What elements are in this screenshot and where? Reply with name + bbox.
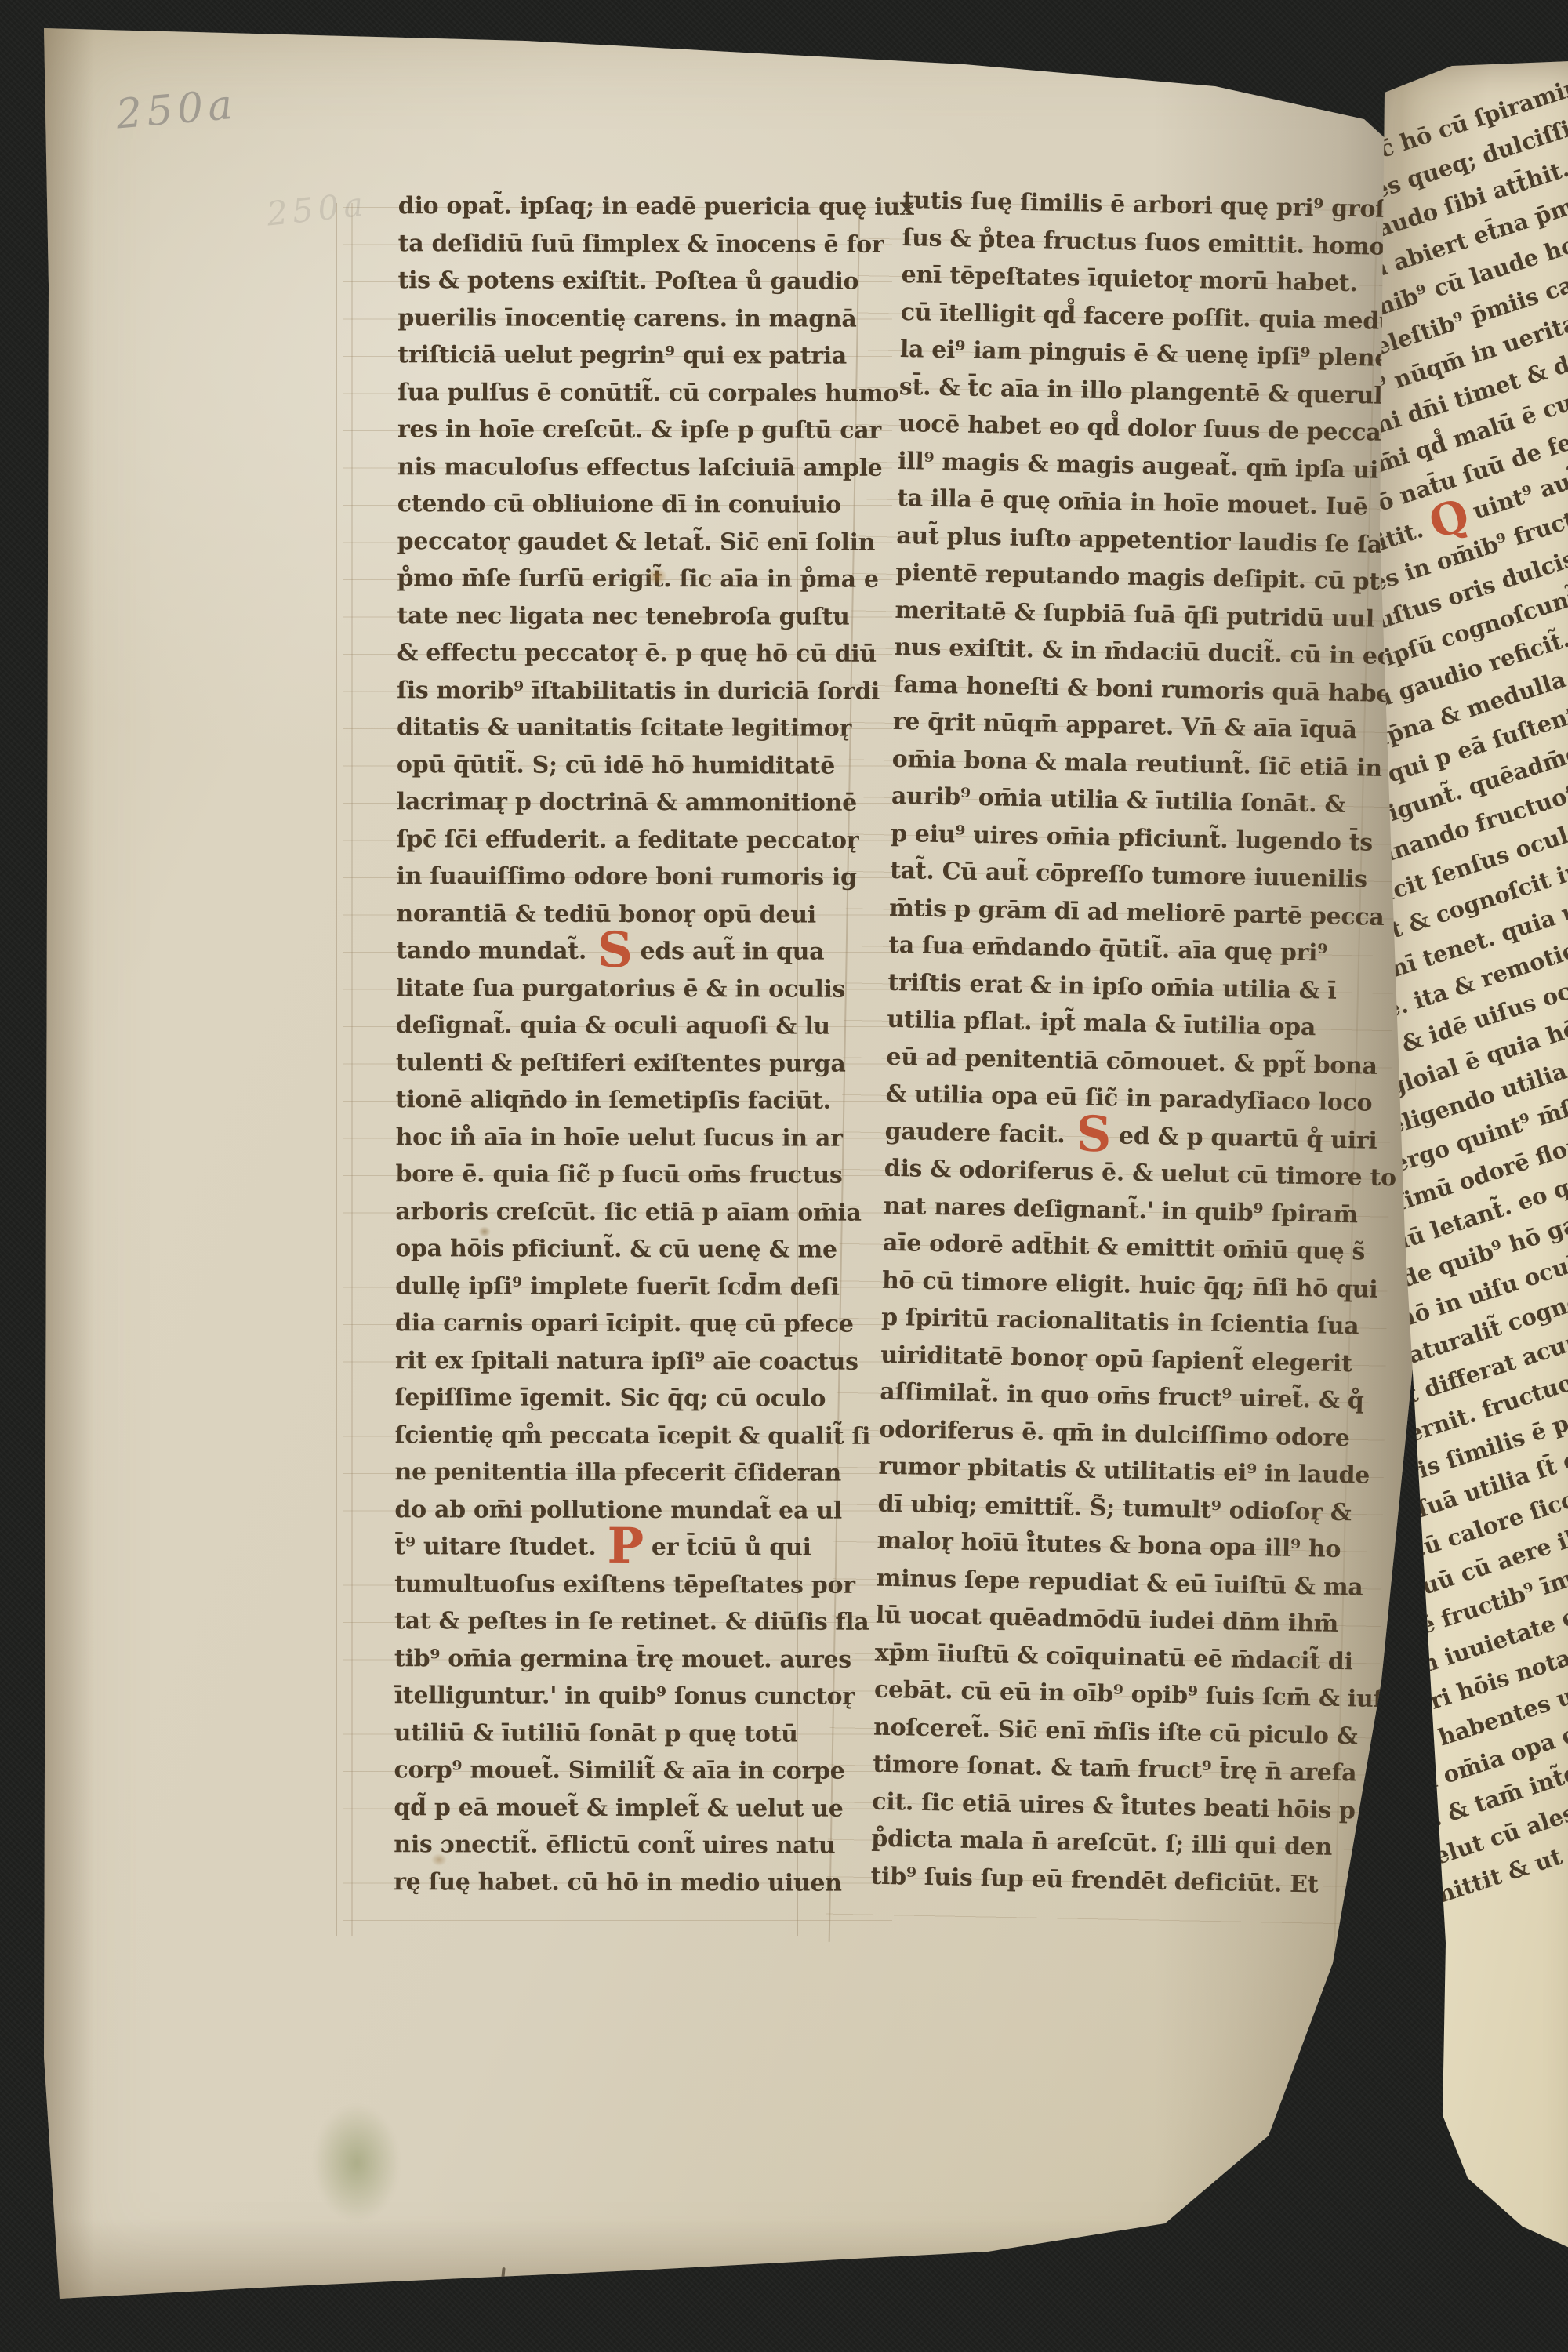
- text-line: res in hoīe creſcūt. & ipſe p guſtū car: [397, 411, 880, 449]
- text-line: dio opat̃. ipſaq; in eadē puericia quę i…: [398, 187, 880, 226]
- text-line: p̊mo m̄ſe ſurſū erigit̃. ſic aīa in p̊ma…: [397, 560, 879, 598]
- vertical-ruling-line: [351, 203, 353, 1936]
- text-line: triſticiā uelut pegrin⁹ qui ex patria: [397, 336, 880, 375]
- manuscript-left-page: 250a 250a dio opat̃. ipſaq; in eadē puer…: [39, 19, 1491, 2313]
- text-line: dullę ipſi⁹ implete fuerīt ſcd̄m deſi: [395, 1268, 877, 1306]
- text-line: ta deſidiū ſuū ſimplex & īnocens ē for: [398, 225, 880, 263]
- text-line: arboris creſcūt. ſic etiā p aīam om̄ia: [395, 1193, 877, 1232]
- text-line: ſcientię qm̊ peccata īcepit & qualit̃ ſi: [395, 1417, 877, 1455]
- page-edge-shadow-left: [39, 19, 94, 2313]
- text-line: utiliū & īutiliū ſonāt p quę totū: [394, 1715, 877, 1753]
- text-line: tib⁹ om̄ia germina t̄rę mouet. aures: [394, 1640, 877, 1679]
- text-line: ſpc̄ ſc̄i effuderit. a feditate peccator…: [397, 821, 879, 859]
- text-line: corp⁹ mouet̃. Similit̃ & aīa in corpe: [394, 1751, 877, 1790]
- text-line: dia carnis opari īcipit. quę cū pfece: [395, 1305, 877, 1343]
- text-line: & effectu peccator̨ ē. p quę hō cū diū: [397, 634, 879, 673]
- rubric-initial: Q: [1431, 514, 1467, 525]
- foxing-spot: [478, 1226, 491, 1237]
- text-line: opū q̄ūtit̃. S; cū idē hō humiditatē: [397, 746, 879, 785]
- foxing-spot: [431, 1853, 447, 1866]
- text-line: tulenti & peſtiferi exiſtentes purga: [396, 1044, 878, 1083]
- folio-number-pencil-faint: 250a: [265, 184, 370, 233]
- text-line: peccator̨ gaudet & letat̃. Sic̄ enī ſoli…: [397, 523, 880, 561]
- text-line: lacrimar̨ p doctrinā & ammonitionē: [397, 783, 879, 822]
- text-line: bore ē. quia ſic̃ p ſucū om̄s fructus: [396, 1156, 878, 1194]
- text-line: ditatis & uanitatis ſcitate legitimor̨: [397, 709, 879, 747]
- text-line: nis maculoſus effectus laſciuiā ample: [397, 448, 880, 487]
- text-line: ne penitentia illa pfecerit c̄ſideran: [395, 1454, 877, 1492]
- text-line: deſignat̃. quia & oculi aquoſi & lu: [396, 1007, 878, 1045]
- text-line: opa hōis pficiunt̃. & cū uenę & me: [395, 1230, 877, 1269]
- text-line: rę ſuę habet. cū hō in medio uiuen: [394, 1864, 876, 1902]
- text-line: ītelliguntur.' in quib⁹ ſonus cunctor̨: [394, 1677, 877, 1715]
- page-edge-shadow-bottom: [39, 2219, 1491, 2313]
- text-line: tis & potens exiſtit. Poſtea ů gaudio: [397, 262, 880, 300]
- rubric-initial: S: [1076, 1134, 1111, 1134]
- foxing-spot: [647, 568, 667, 585]
- vertical-ruling-line: [336, 203, 337, 1936]
- text-line: ſepiſſime īgemit. Sic q̄q; cū oculo: [395, 1379, 877, 1417]
- text-column-1: dio opat̃. ipſaq; in eadē puericia quę i…: [394, 187, 880, 1902]
- text-line: tionē aliqn̄do in ſemetipſis faciūt.: [396, 1081, 878, 1120]
- text-line: tate nec ligata nec tenebroſa guſtu: [397, 597, 879, 636]
- folio-number-pencil: 250a: [114, 81, 239, 138]
- text-line: tando mundat̃. Seds aut̃ in qua: [396, 932, 878, 971]
- text-line: tat & peſtes in ſe retinet. & diūſis fla: [394, 1602, 877, 1641]
- text-line: ſua pulſus ē conūtit̃. cū corpales humo: [397, 374, 880, 412]
- text-line: puerilis īnocentię carens. in magnā: [397, 299, 880, 338]
- text-line: ſis morib⁹ īſtabilitatis in duriciā ſord…: [397, 672, 879, 710]
- text-line: hoc in̊ aīa in hoīe uelut ſucus in ar: [396, 1119, 878, 1157]
- manuscript-photo: { "folio": { "mark": "250a", "mark_faint…: [0, 0, 1568, 2352]
- text-line: norantiā & tediū bonor̨ opū deui: [396, 895, 878, 934]
- text-line: litate ſua purgatorius ē & in oculis: [396, 970, 878, 1008]
- text-line: rit ex ſpitali natura ipſi⁹ aīe coactus: [395, 1342, 877, 1381]
- text-line: ctendo cū obliuione dī in conuiuio: [397, 485, 880, 524]
- green-stain: [314, 2104, 400, 2222]
- text-line: nis ɔnectit̃. ēflictū cont̃ uires natu: [394, 1826, 876, 1864]
- text-line: qd̃ p eā mouet̃ & implet̃ & uelut ue: [394, 1789, 876, 1828]
- text-line: t̄⁹ uitare ſtudet. Per t̄ciū ů qui: [394, 1528, 877, 1566]
- text-line: in ſuauiſſimo odore boni rumoris ig: [396, 858, 878, 896]
